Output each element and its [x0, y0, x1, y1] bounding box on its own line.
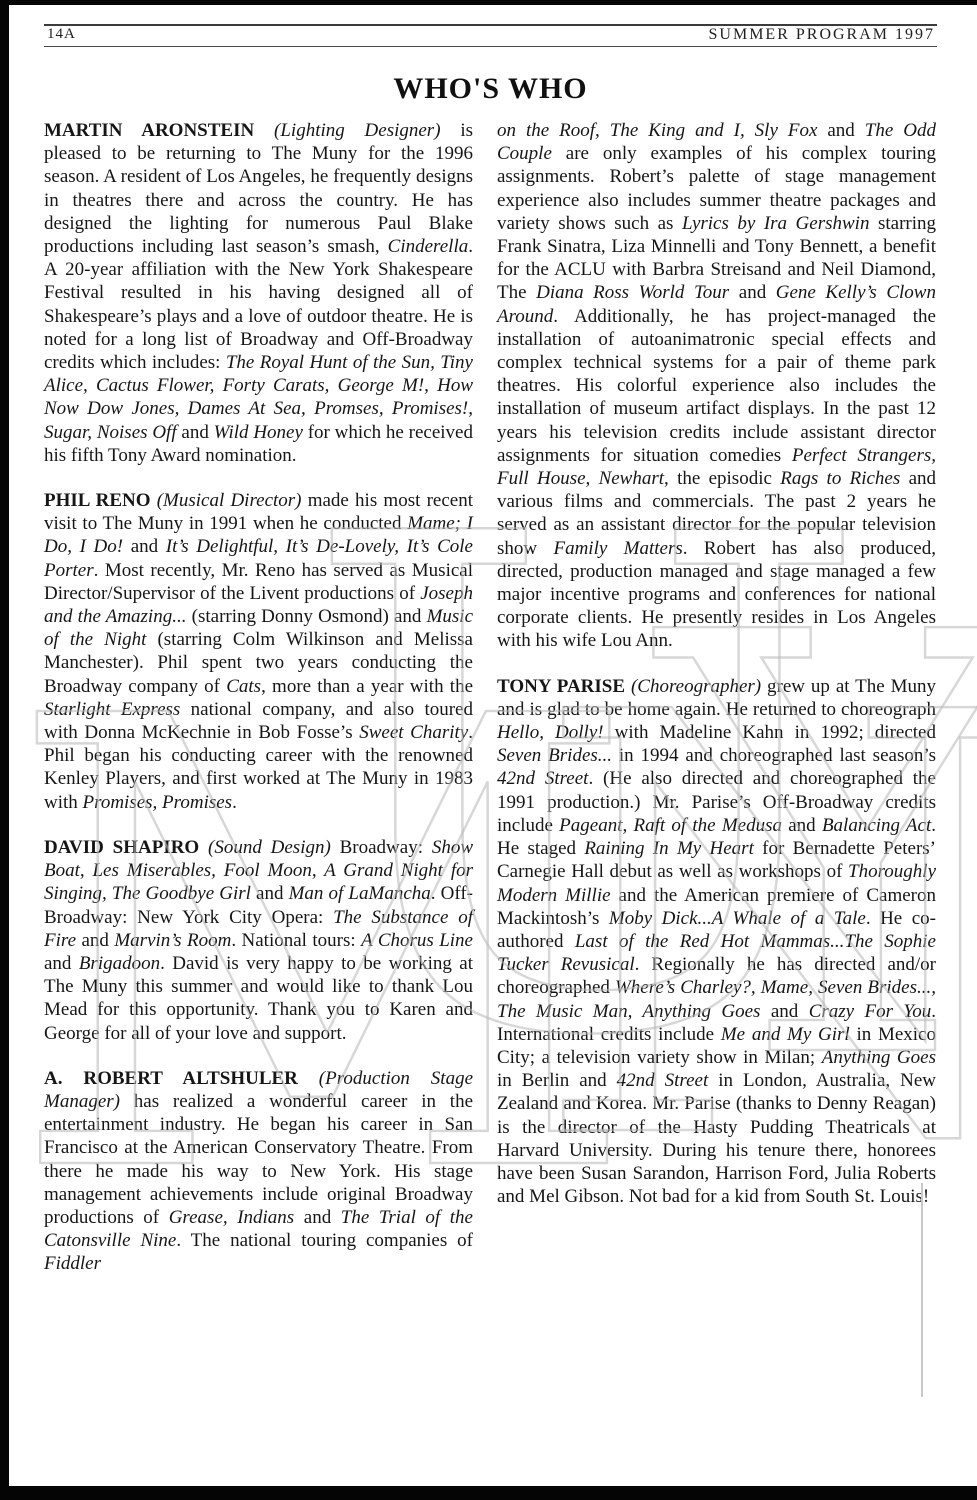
left-column: MARTIN ARONSTEIN (Lighting Designer) is … — [44, 119, 473, 1298]
bio-paragraph: MARTIN ARONSTEIN (Lighting Designer) is … — [44, 119, 473, 467]
bio-paragraph: PHIL RENO (Musical Director) made his mo… — [44, 489, 473, 814]
scan-edge-left — [0, 0, 9, 1500]
scan-edge-bottom — [0, 1486, 977, 1500]
header: 14A SUMMER PROGRAM 1997 — [47, 26, 935, 44]
page-title: WHO'S WHO — [44, 72, 937, 106]
bio-paragraph: on the Roof, The King and I, Sly Fox and… — [497, 119, 936, 653]
scan-edge-top — [0, 0, 977, 5]
bio-paragraph: A. ROBERT ALTSHULER (Production Stage Ma… — [44, 1067, 473, 1276]
bio-paragraph: DAVID SHAPIRO (Sound Design) Broadway: S… — [44, 836, 473, 1045]
header-rule-bottom — [44, 46, 937, 47]
program-title: SUMMER PROGRAM 1997 — [709, 26, 935, 44]
scanned-program-page: { "header": { "page_number": "14A", "pro… — [0, 0, 977, 1500]
page-number: 14A — [47, 26, 76, 43]
right-column: on the Roof, The King and I, Sly Fox and… — [497, 119, 936, 1230]
bio-paragraph: TONY PARISE (Choreographer) grew up at T… — [497, 675, 936, 1209]
scan-artifact-line — [921, 1183, 923, 1397]
